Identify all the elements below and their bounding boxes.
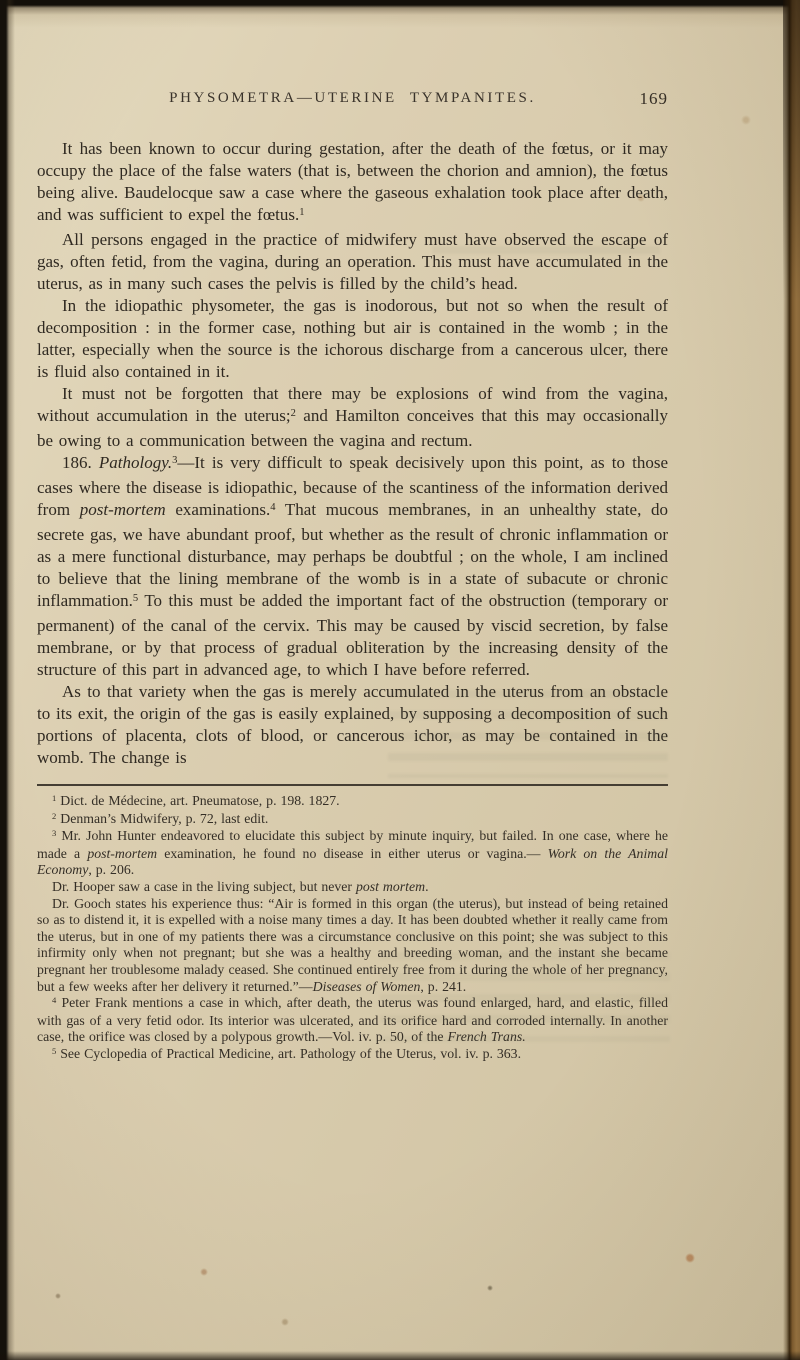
footnote-reference: 4 (52, 995, 56, 1005)
text-segment: , p. 241. (420, 979, 466, 994)
page-edge-left (0, 0, 15, 1360)
footnote-reference: 5 (133, 593, 138, 604)
text-segment: post-mortem (80, 500, 166, 519)
page-number: 169 (640, 89, 669, 109)
footnote-paragraph: 1 Dict. de Médecine, art. Pneumatose, p.… (37, 793, 668, 811)
text-segment: Dict. de Médecine, art. Pneumatose, p. 1… (56, 793, 339, 808)
footnote-paragraph: Dr. Gooch states his experience thus: “A… (37, 896, 668, 996)
text-segment: , p. 206. (88, 862, 134, 877)
body-paragraph: As to that variety when the gas is merel… (37, 681, 668, 769)
footnote-reference: 3 (52, 828, 56, 838)
body-paragraph: 186. Pathology.3—It is very difficult to… (37, 452, 668, 681)
text-segment: In the idiopathic physometer, the gas is… (37, 296, 668, 381)
text-segment: All persons engaged in the practice of m… (37, 230, 668, 293)
text-segment: French Trans. (447, 1029, 525, 1044)
text-block: PHYSOMETRA—UTERINE TYMPANITES. 169 It ha… (37, 90, 668, 1064)
body-paragraph: All persons engaged in the practice of m… (37, 229, 668, 295)
text-segment: 186. (62, 453, 99, 472)
text-segment: post mortem (356, 879, 425, 894)
book-page-scan: PHYSOMETRA—UTERINE TYMPANITES. 169 It ha… (0, 0, 800, 1360)
footnotes: 1 Dict. de Médecine, art. Pneumatose, p.… (37, 793, 668, 1064)
footnote-paragraph: 4 Peter Frank mentions a case in which, … (37, 995, 668, 1046)
footnote-paragraph: 2 Denman’s Midwifery, p. 72, last edit. (37, 811, 668, 829)
footnote-reference: 5 (52, 1046, 56, 1056)
text-segment: As to that variety when the gas is merel… (37, 682, 668, 767)
text-segment: Peter Frank mentions a case in which, af… (37, 995, 668, 1044)
text-segment: examinations. (166, 500, 271, 519)
body-paragraph: It must not be forgotten that there may … (37, 383, 668, 452)
text-segment: Pathology. (99, 453, 172, 472)
page-edge-top (0, 0, 800, 28)
body-text: It has been known to occur during gestat… (37, 138, 668, 769)
footnote-paragraph: 5 See Cyclopedia of Practical Medicine, … (37, 1046, 668, 1064)
footnote-paragraph: 3 Mr. John Hunter endeavored to elucidat… (37, 828, 668, 879)
footnote-reference: 3 (172, 455, 177, 466)
text-segment: examination, he found no disease in eith… (157, 846, 548, 861)
text-segment: post-mortem (87, 846, 157, 861)
text-segment: Denman’s Midwifery, p. 72, last edit. (56, 811, 268, 826)
body-paragraph: It has been known to occur during gestat… (37, 138, 668, 229)
text-segment: . (425, 879, 428, 894)
footnote-reference: 2 (291, 408, 296, 419)
text-segment: See Cyclopedia of Practical Medicine, ar… (56, 1046, 521, 1061)
footnote-reference: 1 (299, 207, 304, 218)
book-fore-edge-shadow (783, 0, 800, 300)
footnote-reference: 1 (52, 793, 56, 803)
text-segment: It has been known to occur during gestat… (37, 139, 668, 224)
running-head: PHYSOMETRA—UTERINE TYMPANITES. 169 (37, 90, 668, 112)
body-paragraph: In the idiopathic physometer, the gas is… (37, 295, 668, 383)
footnote-paragraph: Dr. Hooper saw a case in the living subj… (37, 879, 668, 896)
running-title: PHYSOMETRA—UTERINE TYMPANITES. (37, 90, 668, 107)
footnote-reference: 2 (52, 811, 56, 821)
footnote-separator-rule (37, 784, 668, 786)
footnote-reference: 4 (270, 502, 275, 513)
text-segment: Diseases of Women (313, 979, 421, 994)
text-segment: Dr. Hooper saw a case in the living subj… (52, 879, 356, 894)
page-edge-bottom (0, 1351, 800, 1360)
